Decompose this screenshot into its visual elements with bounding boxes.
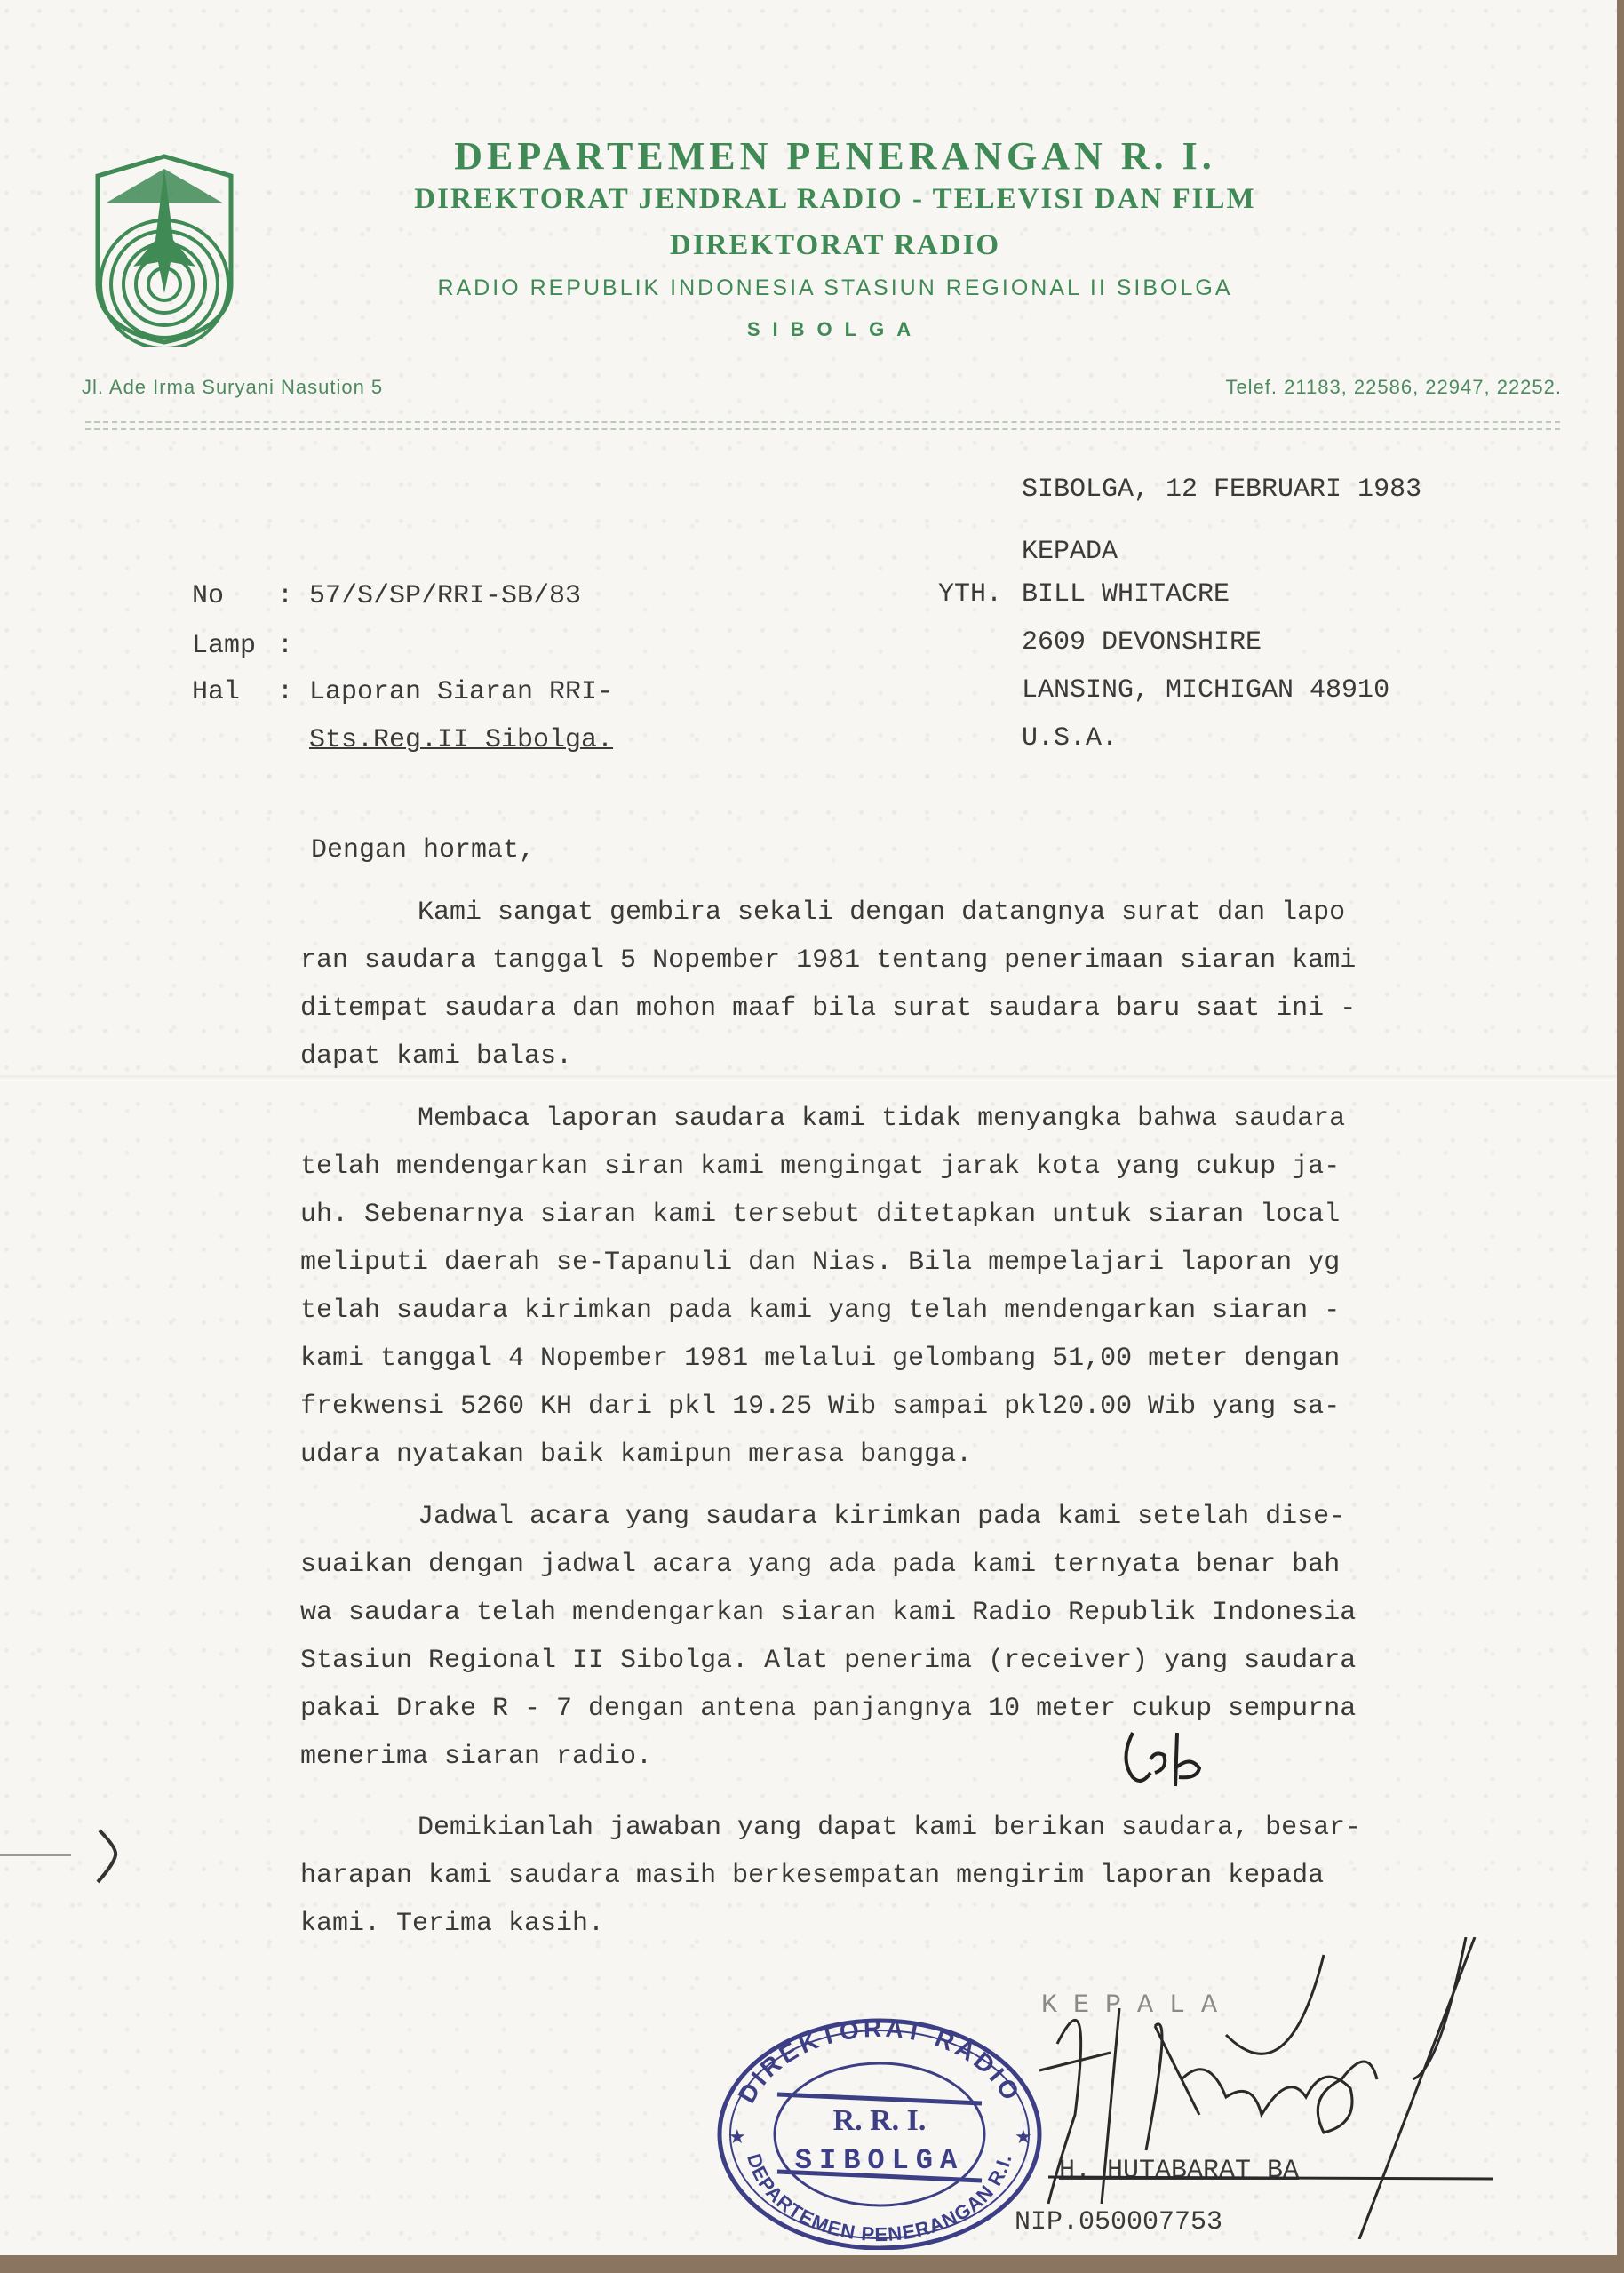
paragraph-2-line: frekwensi 5260 KH dari pkl 19.25 Wib sam… (300, 1392, 1340, 1422)
svg-text:★: ★ (1015, 2125, 1032, 2148)
paragraph-1-line: Kami sangat gembira sekali dengan datang… (418, 897, 1345, 928)
letterhead-address: Jl. Ade Irma Suryani Nasution 5 (82, 376, 383, 399)
letterhead-phone: Telef. 21183, 22586, 22947, 22252. (1225, 376, 1562, 399)
paragraph-3-line: pakai Drake R - 7 dengan antena panjangn… (300, 1694, 1356, 1724)
hal-colon: : (277, 677, 293, 707)
paper-fold (0, 1075, 1617, 1081)
signatory-name: H. HUTABARAT BA (1059, 2156, 1299, 2186)
lamp-label: Lamp (192, 631, 256, 661)
paragraph-1-line: ditempat saudara dan mohon maaf bila sur… (300, 993, 1356, 1024)
paragraph-3-line: Stasiun Regional II Sibolga. Alat peneri… (300, 1646, 1356, 1676)
paragraph-4-line: harapan kami saudara masih berkesempatan… (300, 1861, 1324, 1891)
paragraph-3-line: menerima siaran radio. (300, 1742, 652, 1772)
letterhead-rule (85, 421, 1560, 425)
recipient-label: KEPADA (1022, 537, 1118, 567)
paragraph-2-line: kami tanggal 4 Nopember 1981 melalui gel… (300, 1344, 1340, 1374)
svg-text:DIREKTORAT RADIO: DIREKTORAT RADIO (733, 2014, 1027, 2108)
salutation: Dengan hormat, (311, 835, 535, 865)
paragraph-3-line: suaikan dengan jadwal acara yang ada pad… (300, 1550, 1340, 1580)
signature-title: K E P A L A (1041, 1990, 1217, 2021)
letterhead-directorate-general: DIREKTORAT JENDRAL RADIO - TELEVISI DAN … (27, 183, 1624, 216)
paragraph-2-line: Membaca laporan saudara kami tidak menya… (418, 1104, 1345, 1134)
honorific: YTH. (938, 579, 1002, 610)
recipient-country: U.S.A. (1022, 723, 1118, 754)
paragraph-4-line: kami. Terima kasih. (300, 1909, 604, 1939)
letterhead-ministry: DEPARTEMEN PENERANGAN R. I. (27, 133, 1624, 179)
letterhead-rule (85, 428, 1560, 432)
paragraph-2-line: telah saudara kirimkan pada kami yang te… (300, 1296, 1340, 1326)
recipient-city: LANSING, MICHIGAN 48910 (1022, 675, 1389, 706)
paragraph-2-line: uh. Sebenarnya siaran kami tersebut dite… (300, 1200, 1340, 1230)
letterhead-station: RADIO REPUBLIK INDONESIA STASIUN REGIONA… (27, 275, 1624, 301)
place-date: SIBOLGA, 12 FEBRUARI 1983 (1022, 475, 1421, 505)
paragraph-3-line: wa saudara telah mendengarkan siaran kam… (300, 1598, 1356, 1628)
recipient-street: 2609 DEVONSHIRE (1022, 627, 1262, 658)
subject-line-2: Sts.Reg.II Sibolga. (309, 725, 613, 755)
letter-number: 57/S/SP/RRI-SB/83 (309, 581, 581, 611)
handwritten-initials (1115, 1724, 1213, 1795)
svg-text:★: ★ (728, 2125, 746, 2148)
svg-text:R. R. I.: R. R. I. (833, 2104, 927, 2137)
no-label: No (192, 581, 224, 611)
paragraph-2-line: udara nyatakan baik kamipun merasa bangg… (300, 1440, 972, 1470)
lamp-colon: : (277, 631, 293, 661)
recipient-name: BILL WHITACRE (1022, 579, 1230, 610)
no-colon: : (277, 581, 293, 611)
paragraph-2-line: meliputi daerah se-Tapanuli dan Nias. Bi… (300, 1248, 1340, 1278)
letterhead-city: SIBOLGA (27, 318, 1624, 341)
subject-line-1: Laporan Siaran RRI- (309, 677, 613, 707)
paragraph-3-line: Jadwal acara yang saudara kirimkan pada … (418, 1502, 1345, 1532)
paragraph-1-line: dapat kami balas. (300, 1041, 572, 1072)
hal-label: Hal (192, 677, 240, 707)
margin-fold-mark (0, 1813, 124, 1884)
paragraph-2-line: telah mendengarkan siran kami mengingat … (300, 1152, 1340, 1182)
svg-text:SIBOLGA: SIBOLGA (795, 2144, 964, 2177)
letterhead-directorate: DIREKTORAT RADIO (27, 229, 1624, 262)
official-stamp: DIREKTORAT RADIO DEPARTEMEN PENERANGAN R… (711, 2010, 1048, 2250)
paragraph-1-line: ran saudara tanggal 5 Nopember 1981 tent… (300, 945, 1356, 976)
paragraph-4-line: Demikianlah jawaban yang dapat kami beri… (418, 1813, 1361, 1843)
